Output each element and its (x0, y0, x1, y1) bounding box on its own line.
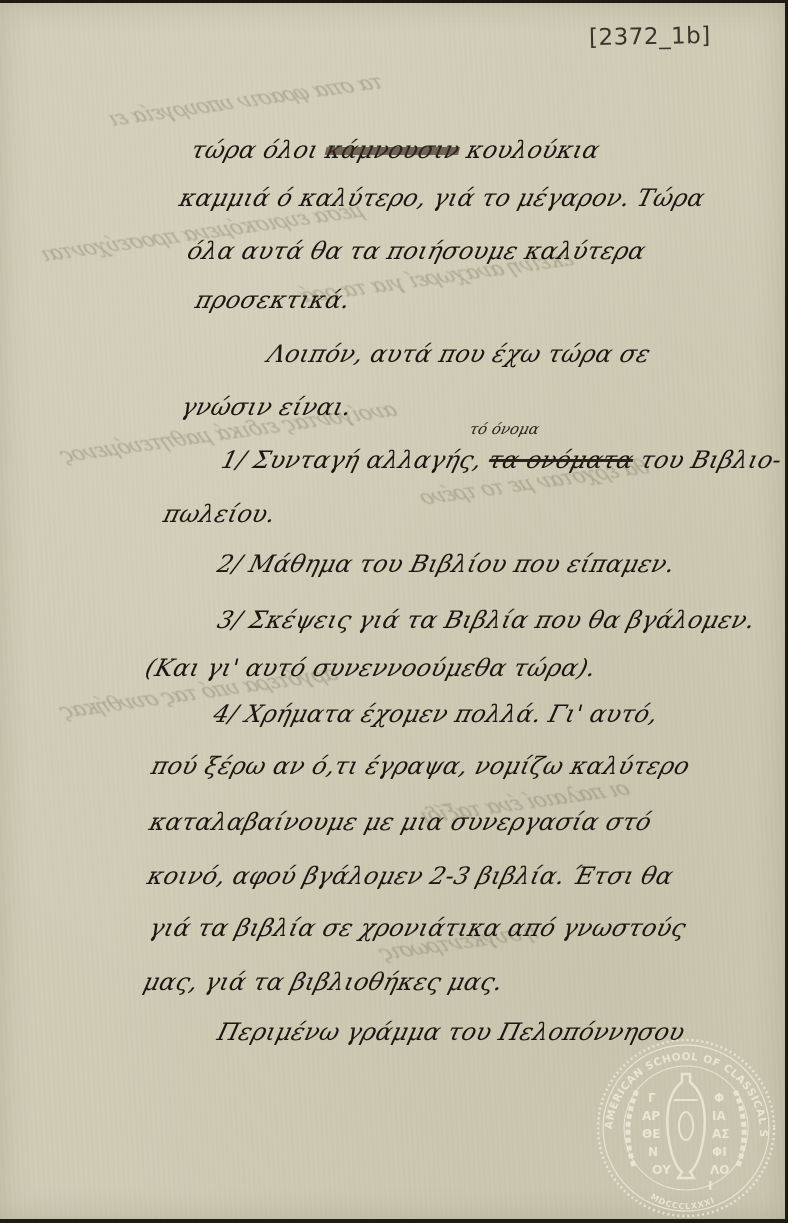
svg-text:Ι: Ι (708, 1179, 712, 1193)
letter-line-15: κοινό, αφού βγάλομεν 2-3 βιβλία. Έτσι θα (145, 862, 677, 890)
svg-text:ΦΙ: ΦΙ (712, 1145, 727, 1159)
struck-word: τα ονόματα (486, 446, 637, 474)
letter-line-4: προσεκτικά. (193, 286, 354, 314)
letter-line-2: καμμιά ό καλύτερο, γιά το μέγαρον. Τώρα (177, 184, 708, 212)
letter-line-1: τώρα όλοι κάμνουσιν κουλούκια (189, 136, 603, 164)
letter-line-6: γνώσιν είναι. (179, 393, 355, 421)
interlinear-insert: τό όνομα (468, 420, 542, 438)
svg-text:ΟΥ: ΟΥ (652, 1163, 671, 1177)
svg-text:Ν: Ν (648, 1145, 658, 1159)
letter-line-16: γιά τα βιβλία σε χρονιάτικα από γνωστούς (147, 914, 689, 942)
letter-line-17: μας, γιά τα βιβλιοθήκες μας. (141, 968, 506, 996)
letter-line-7: 1/ Συνταγή αλλαγής, τα ονόματα του Βιβλι… (219, 446, 785, 474)
letter-line-text: τώρα όλοι κάμνουσιν κουλούκια (189, 136, 603, 164)
svg-text:ΑΣ: ΑΣ (712, 1127, 729, 1141)
svg-text:ΙΑ: ΙΑ (712, 1109, 726, 1123)
letter-line-14: καταλαβαίνουμε με μια συνεργασία στό (147, 808, 655, 836)
letter-line-10: 3/ Σκέψεις γιά τα Βιβλία που θα βγάλομεν… (215, 606, 759, 634)
letter-line-12: 4/ Χρήματα έχομεν πολλά. Γι' αυτό, (211, 700, 661, 728)
letter-line-13: πού ξέρω αν ό,τι έγραψα, νομίζω καλύτερο (149, 752, 693, 780)
letter-line-8: πωλείου. (161, 500, 279, 528)
letter-line-5: Λοιπόν, αυτά που έχω τώρα σε (265, 340, 654, 368)
letter-line-11: (Και γι' αυτό συνεννοούμεθα τώρα). (143, 654, 599, 682)
svg-text:ΑΡ: ΑΡ (642, 1109, 660, 1123)
svg-text:ΛΟ: ΛΟ (710, 1163, 730, 1177)
letter-line-9: 2/ Μάθημα του Βιβλίου που είπαμεν. (215, 550, 678, 578)
svg-text:Φ: Φ (714, 1091, 724, 1105)
svg-text:ΘΕ: ΘΕ (642, 1127, 660, 1141)
institution-seal-stamp: AMERICAN SCHOOL OF CLASSICAL STUDIES AT … (590, 1036, 782, 1220)
seal-icon: AMERICAN SCHOOL OF CLASSICAL STUDIES AT … (590, 1036, 782, 1220)
letter-line-3: όλα αυτά θα τα ποιήσουμε καλύτερα (185, 237, 649, 265)
svg-text:Γ: Γ (648, 1091, 656, 1105)
scan-border (0, 1219, 788, 1223)
struck-word: κάμνουσιν (322, 136, 462, 164)
